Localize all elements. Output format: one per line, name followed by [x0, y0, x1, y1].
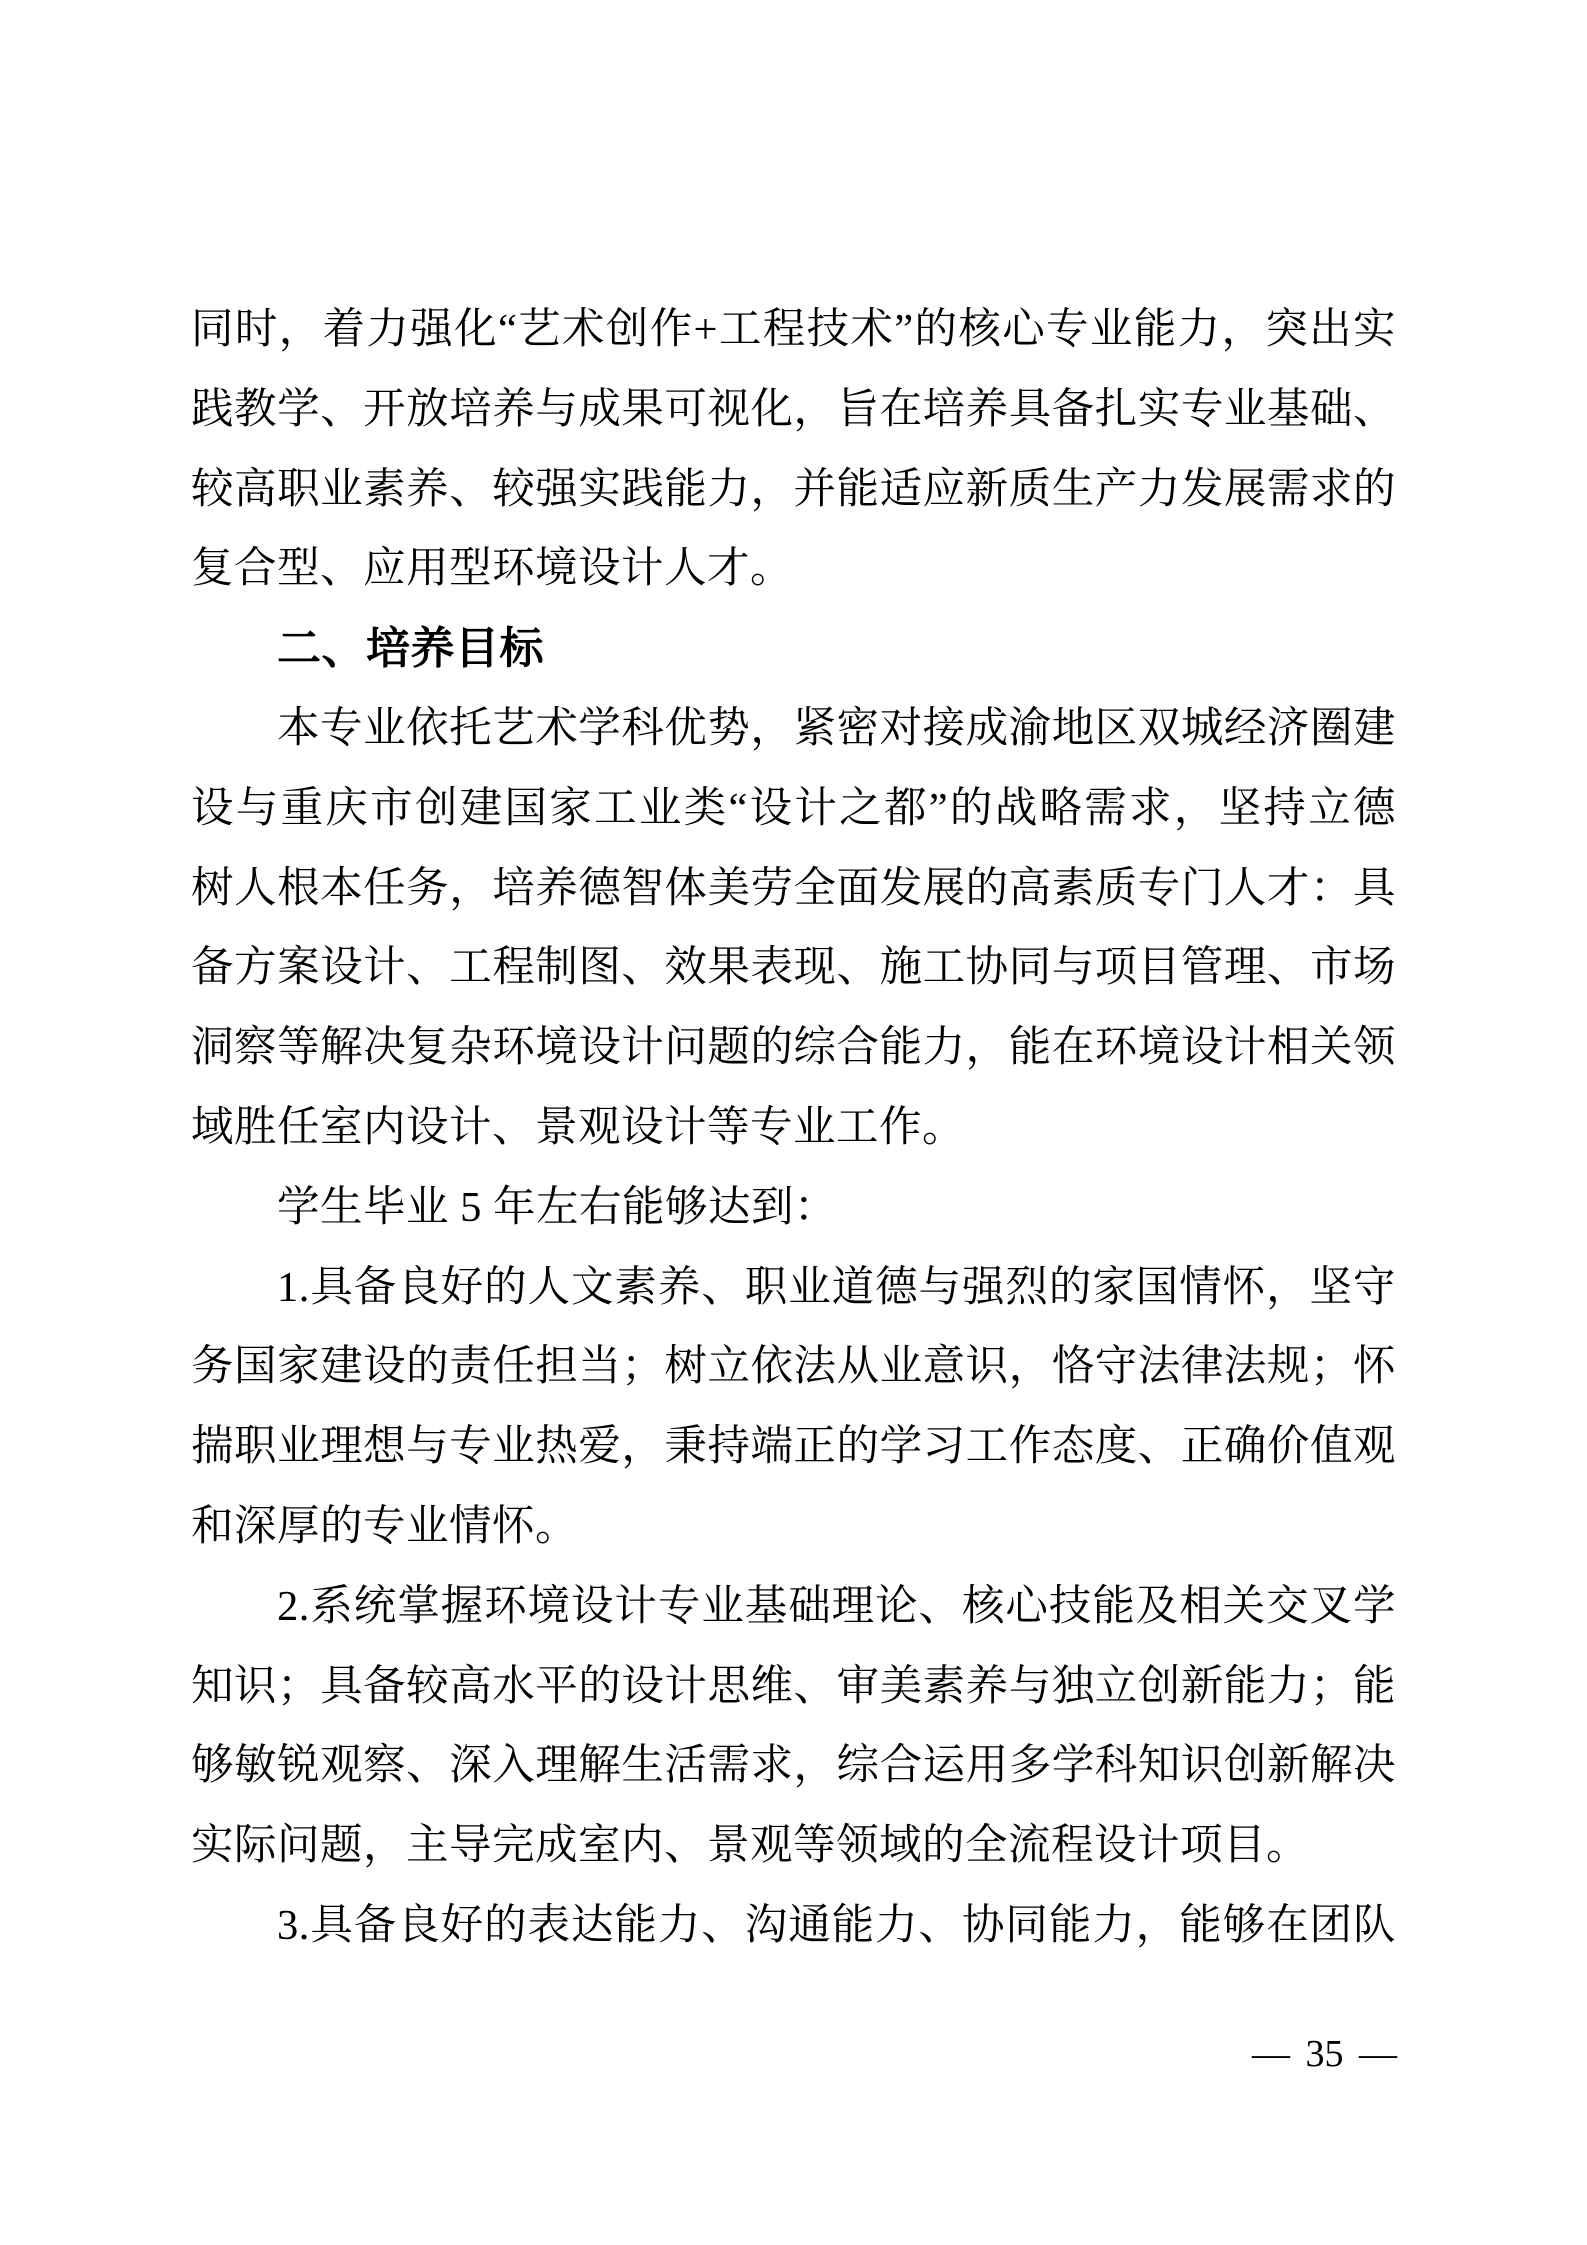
- text-line: 本专业依托艺术学科优势，紧密对接成渝地区双城经济圈建: [191, 689, 1396, 769]
- text-line: 树人根本任务，培养德智体美劳全面发展的高素质专门人才：具: [191, 849, 1396, 929]
- page-number: — 35 —: [1252, 2030, 1397, 2078]
- text-line: 学生毕业 5 年左右能够达到：: [191, 1168, 1396, 1248]
- text-line: 知识；具备较高水平的设计思维、审美素养与独立创新能力；能: [191, 1647, 1396, 1727]
- text-line: 2.系统掌握环境设计专业基础理论、核心技能及相关交叉学科: [191, 1567, 1396, 1647]
- text-line: 和深厚的专业情怀。: [191, 1487, 1396, 1567]
- text-line: 3.具备良好的表达能力、沟通能力、协同能力，能够在团队中: [191, 1886, 1396, 1966]
- document-page: 同时，着力强化“艺术创作+工程技术”的核心专业能力，突出实践教学、开放培养与成果…: [0, 0, 1587, 2245]
- text-block: 同时，着力强化“艺术创作+工程技术”的核心专业能力，突出实践教学、开放培养与成果…: [191, 290, 1396, 1966]
- text-line: 务国家建设的责任担当；树立依法从业意识，恪守法律法规；怀: [191, 1327, 1396, 1407]
- text-line: 实际问题，主导完成室内、景观等领域的全流程设计项目。: [191, 1806, 1396, 1886]
- text-line: 1.具备良好的人文素养、职业道德与强烈的家国情怀，坚守服: [191, 1248, 1396, 1328]
- text-line: 域胜任室内设计、景观设计等专业工作。: [191, 1088, 1396, 1168]
- text-line: 同时，着力强化“艺术创作+工程技术”的核心专业能力，突出实: [191, 290, 1396, 370]
- text-line: 备方案设计、工程制图、效果表现、施工协同与项目管理、市场: [191, 928, 1396, 1008]
- text-line: 较高职业素养、较强实践能力，并能适应新质生产力发展需求的: [191, 450, 1396, 530]
- text-line: 设与重庆市创建国家工业类“设计之都”的战略需求，坚持立德: [191, 769, 1396, 849]
- text-line: 践教学、开放培养与成果可视化，旨在培养具备扎实专业基础、: [191, 370, 1396, 450]
- section-heading: 二、培养目标: [191, 609, 1396, 689]
- text-line: 复合型、应用型环境设计人才。: [191, 529, 1396, 609]
- text-line: 揣职业理想与专业热爱，秉持端正的学习工作态度、正确价值观: [191, 1407, 1396, 1487]
- text-line: 够敏锐观察、深入理解生活需求，综合运用多学科知识创新解决: [191, 1726, 1396, 1806]
- text-line: 洞察等解决复杂环境设计问题的综合能力，能在环境设计相关领: [191, 1008, 1396, 1088]
